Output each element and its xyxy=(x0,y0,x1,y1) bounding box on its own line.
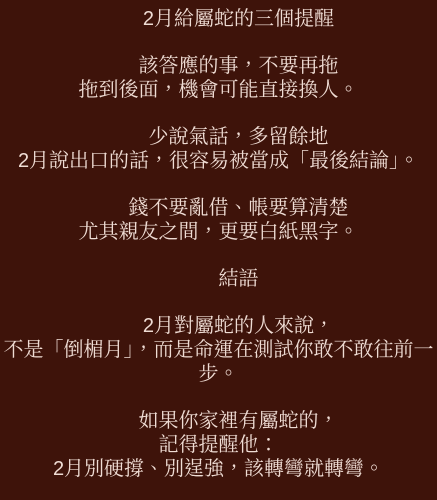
paragraph-reminder-1: 該答應的事，不要再拖 拖到後面，機會可能直接換人。 xyxy=(0,54,437,102)
paragraph-reminder-3: 錢不要亂借、帳要算清楚 尤其親友之間，更要白紙黑字。 xyxy=(0,196,437,244)
paragraph-conclusion: 2月對屬蛇的人來說， 不是「倒楣月」，而是命運在測試你敢不敢往前一 步。 xyxy=(0,314,437,386)
fortune-article: 2月給屬蛇的三個提醒 該答應的事，不要再拖 拖到後面，機會可能直接換人。 少說氣… xyxy=(0,0,437,500)
paragraph-reminder-2: 少說氣話，多留餘地 2月說出口的話，很容易被當成「最後結論」。 xyxy=(0,125,437,173)
paragraph-final-advice: 如果你家裡有屬蛇的， 記得提醒他： 2月別硬撐、別逞強，該轉彎就轉彎。 xyxy=(0,409,437,481)
page-title: 2月給屬蛇的三個提醒 xyxy=(0,7,437,31)
page-background: { "theme": { "background_color": "#3E130… xyxy=(0,0,437,500)
section-heading-conclusion: 結語 xyxy=(0,267,437,291)
